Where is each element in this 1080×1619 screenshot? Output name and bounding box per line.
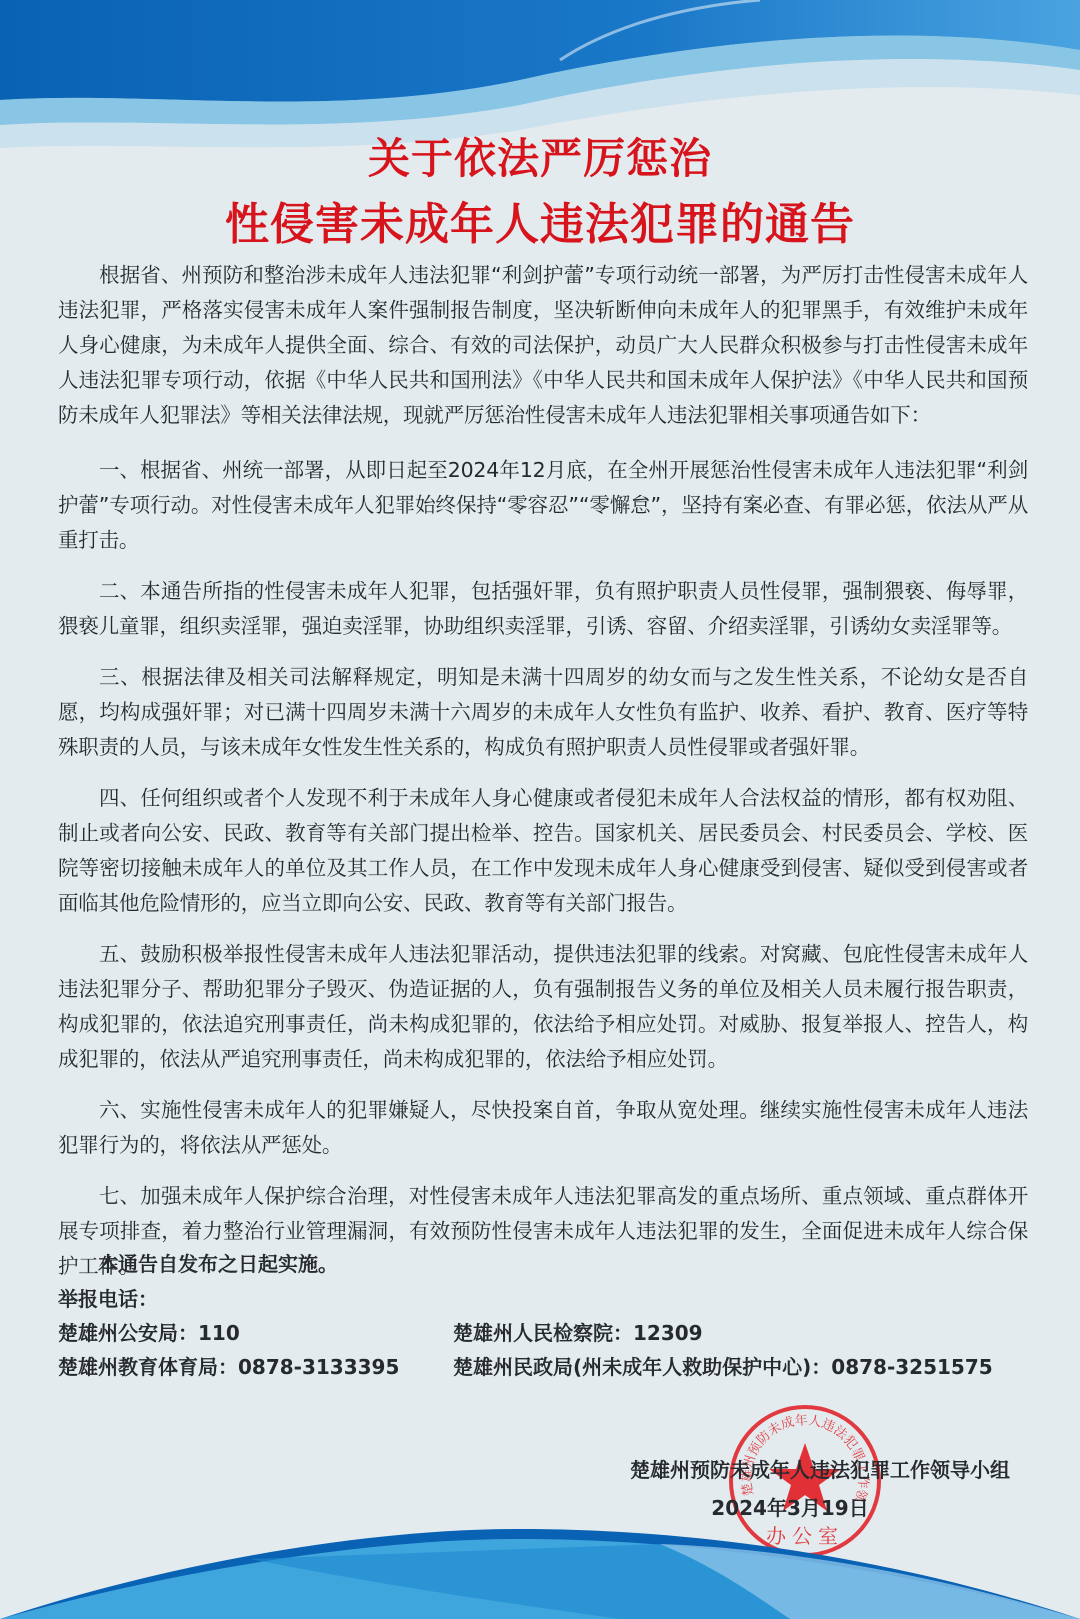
clause-4: 四、任何组织或者个人发现不利于未成年人身心健康或者侵犯未成年人合法权益的情形，都… — [58, 781, 1028, 921]
issuing-organization: 楚雄州预防未成年人违法犯罪工作领导小组 — [560, 1452, 1020, 1488]
notice-body: 根据省、州预防和整治涉未成年人违法犯罪“利剑护蕾”专项行动统一部署，为严厉打击性… — [58, 258, 1028, 1300]
effective-statement: 本通告自发布之日起实施。 — [58, 1246, 1038, 1282]
clause-6: 六、实施性侵害未成年人的犯罪嫌疑人，尽快投案自首，争取从宽处理。继续实施性侵害未… — [58, 1093, 1028, 1163]
hotline-label: 举报电话： — [58, 1282, 1038, 1316]
bottom-banner-decoration — [0, 1509, 1080, 1619]
clause-3: 三、根据法律及相关司法解释规定，明知是未满十四周岁的幼女而与之发生性关系，不论幼… — [58, 660, 1028, 765]
clause-2: 二、本通告所指的性侵害未成年人犯罪，包括强奸罪，负有照护职责人员性侵罪，强制猥亵… — [58, 574, 1028, 644]
notice-footer: 本通告自发布之日起实施。 举报电话： 楚雄州公安局：110 楚雄州人民检察院：1… — [58, 1246, 1038, 1384]
notice-title-line2: 性侵害未成年人违法犯罪的通告 — [0, 188, 1080, 252]
notice-title-line1: 关于依法严厉惩治 — [0, 126, 1080, 186]
hotline-education: 楚雄州教育体育局：0878-3133395 — [58, 1350, 453, 1384]
clause-1: 一、根据省、州统一部署，从即日起至2024年12月底，在全州开展惩治性侵害未成年… — [58, 453, 1028, 558]
hotline-row: 楚雄州公安局：110 楚雄州人民检察院：12309 — [58, 1316, 1038, 1350]
hotline-police: 楚雄州公安局：110 — [58, 1316, 453, 1350]
intro-paragraph: 根据省、州预防和整治涉未成年人违法犯罪“利剑护蕾”专项行动统一部署，为严厉打击性… — [58, 258, 1028, 433]
clause-5: 五、鼓励积极举报性侵害未成年人违法犯罪活动，提供违法犯罪的线索。对窝藏、包庇性侵… — [58, 937, 1028, 1077]
hotline-civil-affairs: 楚雄州民政局(州未成年人救助保护中心)：0878-3251575 — [453, 1350, 993, 1384]
hotline-procuratorate: 楚雄州人民检察院：12309 — [453, 1316, 703, 1350]
hotline-row: 楚雄州教育体育局：0878-3133395 楚雄州民政局(州未成年人救助保护中心… — [58, 1350, 1038, 1384]
